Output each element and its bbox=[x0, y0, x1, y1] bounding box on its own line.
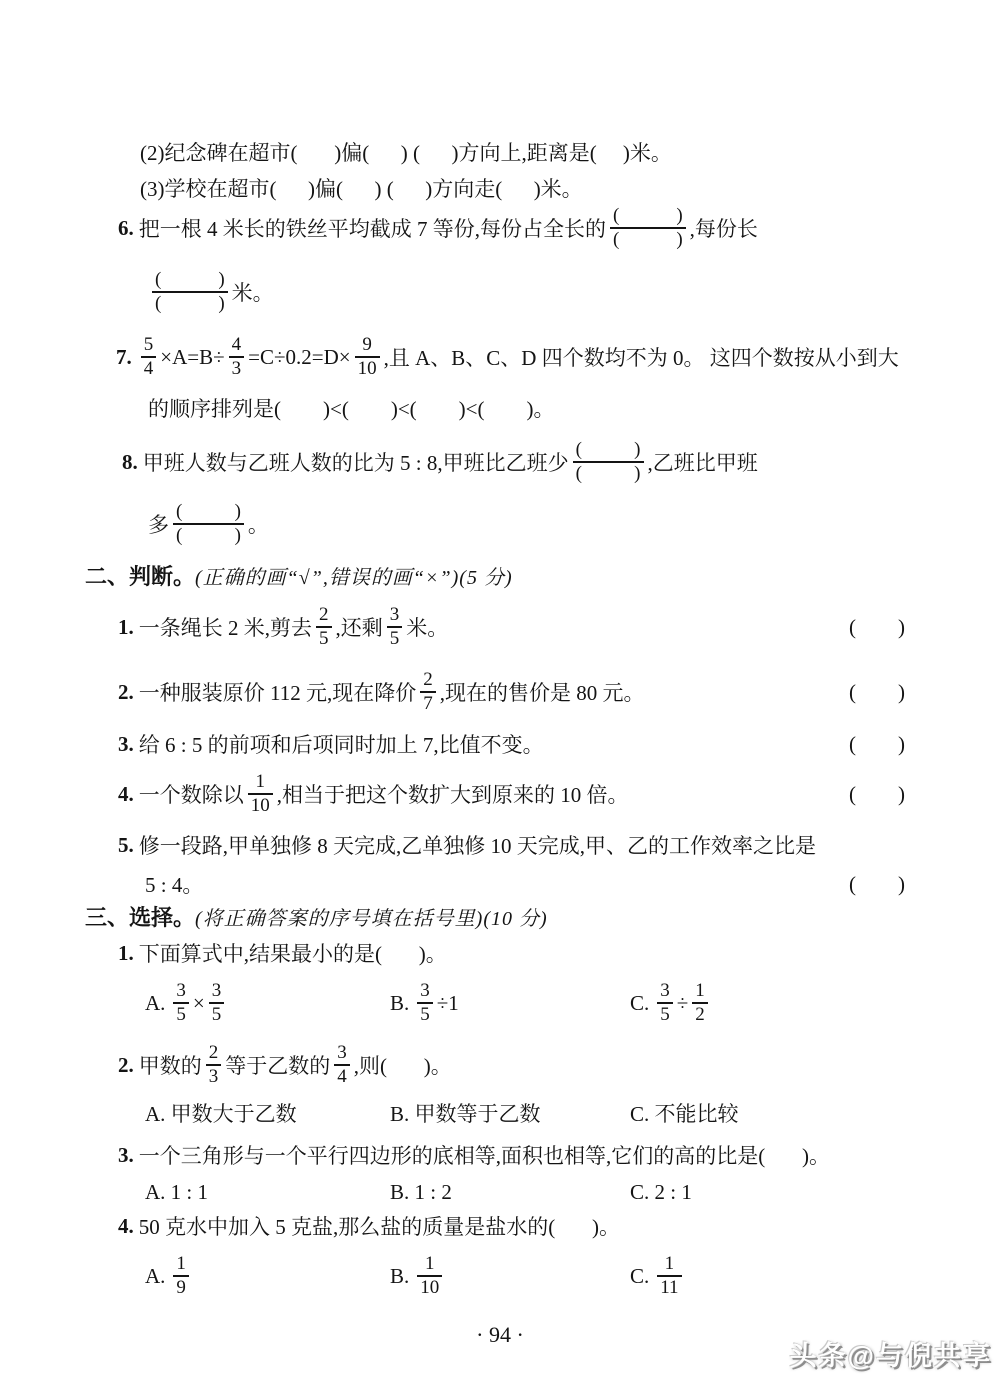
section-2-header: 二、判断。 (正确的画“√”,错误的画“×”)(5 分) bbox=[85, 559, 513, 591]
choice-question-3: 3. 一个三角形与一个平行四边形的底相等,面积也相等,它们的高的比是( )。 bbox=[118, 1139, 830, 1171]
answer-bracket: ( ) bbox=[849, 732, 905, 757]
fraction: 9 10 bbox=[355, 334, 380, 381]
fraction-denominator: ( ) bbox=[173, 523, 244, 547]
fraction-numerator: 4 bbox=[229, 334, 245, 356]
question-7-line1: 7. 5 4 ×A=B÷ 4 3 =C÷0.2=D× 9 10 ,且 A、B、C… bbox=[116, 326, 899, 388]
question-text: 的顺序排列是( )<( )<( )<( )。 bbox=[148, 393, 554, 423]
option-a: A. 3 5 × 3 5 bbox=[145, 980, 390, 1027]
question-number: 3. bbox=[118, 1143, 134, 1168]
judge-question-1: 1. 一条绳长 2 米,剪去 2 5 ,还剩 3 5 米。 ( ) bbox=[118, 596, 905, 658]
fraction-denominator: ( ) bbox=[152, 291, 228, 315]
question-text: 5 : 4。 bbox=[145, 869, 203, 899]
question-text: 一个数除以 bbox=[139, 779, 244, 809]
option-b: B. 1 10 bbox=[390, 1253, 630, 1300]
blank-fraction: ( ) ( ) bbox=[610, 205, 686, 252]
option-label: A. bbox=[145, 1264, 165, 1289]
fraction: 1 11 bbox=[657, 1253, 681, 1300]
question-number: 4. bbox=[118, 782, 134, 807]
fraction: 5 4 bbox=[141, 334, 157, 381]
fraction-numerator: 3 bbox=[387, 604, 403, 626]
question-text: 50 克水中加入 5 克盐,那么盐的质量是盐水的( )。 bbox=[139, 1211, 620, 1241]
question-6-line2: ( ) ( ) 米。 bbox=[148, 261, 274, 323]
judge-question-4: 4. 一个数除以 1 10 ,相当于把这个数扩大到原来的 10 倍。 ( ) bbox=[118, 763, 905, 825]
fraction: 1 9 bbox=[173, 1253, 189, 1300]
fraction-numerator: 1 bbox=[253, 771, 269, 793]
answer-bracket: ( ) bbox=[849, 872, 905, 897]
section-3-header: 三、选择。 (将正确答案的序号填在括号里)(10 分) bbox=[85, 900, 548, 932]
fraction: 3 5 bbox=[173, 980, 189, 1027]
question-number: 1. bbox=[118, 941, 134, 966]
fraction: 2 3 bbox=[206, 1042, 222, 1089]
question-text: 修一段路,甲单独修 8 天完成,乙单独修 10 天完成,甲、乙的工作效率之比是 bbox=[139, 830, 816, 860]
fraction-numerator: 1 bbox=[692, 980, 708, 1002]
fraction-denominator: 3 bbox=[206, 1064, 222, 1088]
question-text: 。 bbox=[248, 509, 269, 539]
question-number: 7. bbox=[116, 345, 132, 370]
fraction-denominator: 11 bbox=[657, 1275, 681, 1299]
question-text: 米。 bbox=[232, 277, 274, 307]
blank-fraction: ( ) ( ) bbox=[173, 501, 244, 548]
fraction: 3 5 bbox=[209, 980, 225, 1027]
fraction-denominator: ( ) bbox=[573, 461, 644, 485]
fraction-denominator: 5 bbox=[209, 1002, 225, 1026]
fraction: 1 2 bbox=[692, 980, 708, 1027]
fraction: 4 3 bbox=[229, 334, 245, 381]
question-8-line2: 多 ( ) ( ) 。 bbox=[148, 493, 269, 555]
judge-question-5-line2: 5 : 4。 ( ) bbox=[145, 868, 905, 900]
fraction: 1 10 bbox=[248, 771, 273, 818]
fraction-denominator: 2 bbox=[692, 1002, 708, 1026]
fraction: 2 7 bbox=[420, 669, 436, 716]
watermark: 头条@与倪共享 bbox=[790, 1334, 992, 1373]
question-text: ,则( )。 bbox=[354, 1050, 452, 1080]
fraction-numerator: 1 bbox=[173, 1253, 189, 1275]
fraction-denominator: ( ) bbox=[610, 227, 686, 251]
choice-question-1-options: A. 3 5 × 3 5 B. 3 5 ÷1 C. 3 5 ÷ 1 2 bbox=[145, 972, 905, 1034]
fraction-numerator: 1 bbox=[422, 1253, 438, 1275]
fraction-numerator: 2 bbox=[420, 669, 436, 691]
option-c: C. 1 11 bbox=[630, 1253, 905, 1300]
equation-text: =C÷0.2=D× bbox=[248, 345, 350, 370]
judge-question-2: 2. 一种服装原价 112 元,现在降价 2 7 ,现在的售价是 80 元。 (… bbox=[118, 661, 905, 723]
choice-question-2: 2. 甲数的 2 3 等于乙数的 3 4 ,则( )。 bbox=[118, 1034, 452, 1096]
fraction-numerator: 3 bbox=[209, 980, 225, 1002]
option-b: B. 3 5 ÷1 bbox=[390, 980, 630, 1027]
fraction-numerator: 3 bbox=[334, 1042, 350, 1064]
fraction-numerator: 2 bbox=[316, 604, 332, 626]
fraction-numerator: ( ) bbox=[610, 205, 686, 227]
option-label: B. bbox=[390, 991, 409, 1016]
fraction-denominator: 10 bbox=[417, 1275, 442, 1299]
fraction-denominator: 4 bbox=[334, 1064, 350, 1088]
choice-question-4-options: A. 1 9 B. 1 10 C. 1 11 bbox=[145, 1245, 905, 1307]
question-text: ,乙班比甲班 bbox=[648, 447, 758, 477]
fraction-numerator: 1 bbox=[662, 1253, 678, 1275]
question-text: 下面算式中,结果最小的是( )。 bbox=[139, 938, 447, 968]
choice-question-4: 4. 50 克水中加入 5 克盐,那么盐的质量是盐水的( )。 bbox=[118, 1210, 620, 1242]
fraction: 3 5 bbox=[387, 604, 403, 651]
fraction-numerator: 3 bbox=[173, 980, 189, 1002]
fraction-numerator: ( ) bbox=[173, 501, 244, 523]
question-number: 3. bbox=[118, 732, 134, 757]
blank-fraction: ( ) ( ) bbox=[152, 269, 228, 316]
answer-bracket: ( ) bbox=[849, 615, 905, 640]
question-text: 多 bbox=[148, 509, 169, 539]
operator: × bbox=[193, 991, 205, 1016]
fraction-numerator: 5 bbox=[141, 334, 157, 356]
question-number: 2. bbox=[118, 1053, 134, 1078]
choice-question-1: 1. 下面算式中,结果最小的是( )。 bbox=[118, 937, 447, 969]
fraction-numerator: 3 bbox=[417, 980, 433, 1002]
question-text: ,相当于把这个数扩大到原来的 10 倍。 bbox=[277, 779, 629, 809]
fraction: 1 10 bbox=[417, 1253, 442, 1300]
judge-question-3: 3. 给 6 : 5 的前项和后项同时加上 7,比值不变。 ( ) bbox=[118, 728, 905, 760]
answer-bracket: ( ) bbox=[849, 680, 905, 705]
question-8-line1: 8. 甲班人数与乙班人数的比为 5 : 8,甲班比乙班少 ( ) ( ) ,乙班… bbox=[122, 431, 758, 493]
operator: ÷1 bbox=[437, 991, 459, 1016]
question-text: ,且 A、B、C、D 四个数均不为 0。 这四个数按从小到大 bbox=[384, 342, 899, 372]
question-6-line1: 6. 把一根 4 米长的铁丝平均截成 7 等份,每份占全长的 ( ) ( ) ,… bbox=[118, 197, 758, 259]
question-text: 米。 bbox=[406, 612, 448, 642]
choice-question-3-options: A. 1 : 1 B. 1 : 2 C. 2 : 1 bbox=[145, 1176, 905, 1208]
question-text: ,现在的售价是 80 元。 bbox=[440, 677, 645, 707]
fraction: 3 5 bbox=[657, 980, 673, 1027]
fraction-numerator: 9 bbox=[359, 334, 375, 356]
section-title: 三、选择。 bbox=[85, 901, 195, 932]
question-text: ,每份长 bbox=[690, 213, 758, 243]
fraction-denominator: 5 bbox=[316, 626, 332, 650]
option-label: A. bbox=[145, 991, 165, 1016]
option-c: C. 3 5 ÷ 1 2 bbox=[630, 980, 905, 1027]
question-text: 一条绳长 2 米,剪去 bbox=[139, 612, 312, 642]
section-note: (将正确答案的序号填在括号里)(10 分) bbox=[195, 902, 548, 931]
question-number: 8. bbox=[122, 450, 138, 475]
section-title: 二、判断。 bbox=[85, 560, 195, 591]
section-note: (正确的画“√”,错误的画“×”)(5 分) bbox=[195, 561, 513, 590]
fraction: 3 4 bbox=[334, 1042, 350, 1089]
question-number: 2. bbox=[118, 680, 134, 705]
fraction: 3 5 bbox=[417, 980, 433, 1027]
fraction-denominator: 10 bbox=[355, 356, 380, 380]
fraction-denominator: 7 bbox=[420, 691, 436, 715]
judge-question-5-line1: 5. 修一段路,甲单独修 8 天完成,乙单独修 10 天完成,甲、乙的工作效率之… bbox=[118, 829, 816, 861]
fraction-denominator: 3 bbox=[229, 356, 245, 380]
question-text: 等于乙数的 bbox=[225, 1050, 330, 1080]
question-text: 一个三角形与一个平行四边形的底相等,面积也相等,它们的高的比是( )。 bbox=[139, 1140, 830, 1170]
option-a: A. 1 9 bbox=[145, 1253, 390, 1300]
blank-fraction: ( ) ( ) bbox=[573, 439, 644, 486]
option-label: C. bbox=[630, 991, 649, 1016]
fraction-numerator: ( ) bbox=[152, 269, 228, 291]
question-text: ,还剩 bbox=[336, 612, 383, 642]
fraction: 2 5 bbox=[316, 604, 332, 651]
fraction-denominator: 5 bbox=[387, 626, 403, 650]
choice-question-2-options: A. 甲数大于乙数 B. 甲数等于乙数 C. 不能比较 bbox=[145, 1097, 905, 1129]
option-a: A. 1 : 1 bbox=[145, 1180, 390, 1205]
equation-text: ×A=B÷ bbox=[160, 345, 224, 370]
question-number: 1. bbox=[118, 615, 134, 640]
option-label: B. bbox=[390, 1264, 409, 1289]
option-c: C. 2 : 1 bbox=[630, 1180, 905, 1205]
question-text: 给 6 : 5 的前项和后项同时加上 7,比值不变。 bbox=[139, 729, 544, 759]
fraction-numerator: 2 bbox=[206, 1042, 222, 1064]
question-number: 6. bbox=[118, 216, 134, 241]
question-text: 甲班人数与乙班人数的比为 5 : 8,甲班比乙班少 bbox=[143, 447, 569, 477]
fraction-denominator: 9 bbox=[173, 1275, 189, 1299]
option-b: B. 甲数等于乙数 bbox=[390, 1098, 630, 1128]
question-text: 甲数的 bbox=[139, 1050, 202, 1080]
fraction-numerator: 3 bbox=[657, 980, 673, 1002]
question-number: 4. bbox=[118, 1214, 134, 1239]
question-text: 一种服装原价 112 元,现在降价 bbox=[139, 677, 416, 707]
fraction-denominator: 4 bbox=[141, 356, 157, 380]
question-7-line2: 的顺序排列是( )<( )<( )<( )。 bbox=[148, 392, 554, 424]
option-b: B. 1 : 2 bbox=[390, 1180, 630, 1205]
question-number: 5. bbox=[118, 833, 134, 858]
question-5-2: (2)纪念碑在超市( )偏( ) ( )方向上,距离是( )米。 bbox=[140, 136, 672, 168]
operator: ÷ bbox=[677, 991, 689, 1016]
fraction-denominator: 5 bbox=[657, 1002, 673, 1026]
question-text: (2)纪念碑在超市( )偏( ) ( )方向上,距离是( )米。 bbox=[140, 137, 672, 167]
option-label: C. bbox=[630, 1264, 649, 1289]
answer-bracket: ( ) bbox=[849, 782, 905, 807]
fraction-denominator: 5 bbox=[417, 1002, 433, 1026]
fraction-denominator: 5 bbox=[173, 1002, 189, 1026]
option-a: A. 甲数大于乙数 bbox=[145, 1098, 390, 1128]
option-c: C. 不能比较 bbox=[630, 1098, 905, 1128]
fraction-denominator: 10 bbox=[248, 793, 273, 817]
question-text: 把一根 4 米长的铁丝平均截成 7 等份,每份占全长的 bbox=[139, 213, 606, 243]
fraction-numerator: ( ) bbox=[573, 439, 644, 461]
